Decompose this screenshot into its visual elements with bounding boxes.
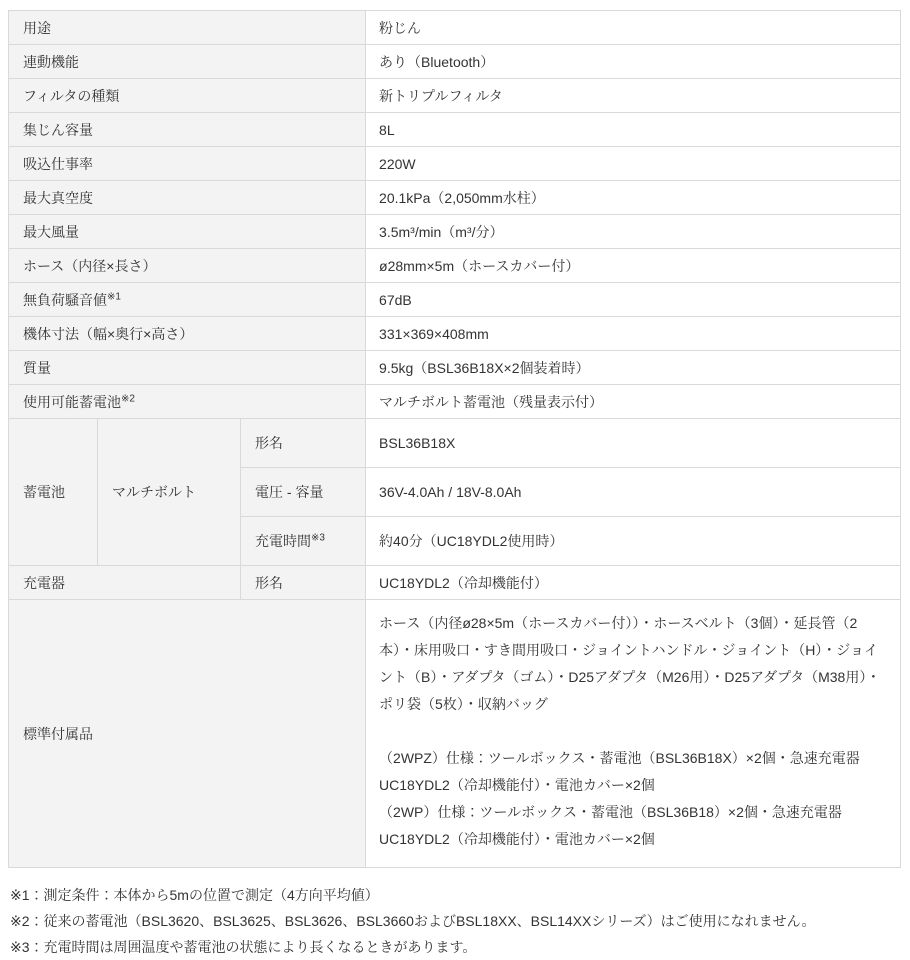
spec-row-weight: 質量 9.5kg（BSL36B18X×2個装着時）: [9, 351, 901, 385]
spec-value: 220W: [366, 147, 901, 181]
product-spec-table: 用途 粉じん 連動機能 あり（Bluetooth） フィルタの種類 新トリプルフ…: [8, 10, 901, 868]
spec-row-max-vacuum: 最大真空度 20.1kPa（2,050mm水柱）: [9, 181, 901, 215]
accessories-value: ホース（内径ø28×5m（ホースカバー付））・ホースベルト（3個）・延長管（2本…: [366, 600, 901, 868]
footnote-3: ※3：充電時間は周囲温度や蓄電池の状態により長くなるときがあります。: [10, 934, 910, 960]
spec-value: 20.1kPa（2,050mm水柱）: [366, 181, 901, 215]
footnote-ref: ※3: [311, 532, 325, 543]
spec-label: ホース（内径×長さ）: [9, 249, 366, 283]
spec-row-use: 用途 粉じん: [9, 11, 901, 45]
accessories-label: 標準付属品: [9, 600, 366, 868]
spec-label-text: 使用可能蓄電池: [23, 394, 121, 410]
spec-value: 新トリプルフィルタ: [366, 79, 901, 113]
spec-row-max-airflow: 最大風量 3.5m³/min（m³/分）: [9, 215, 901, 249]
spec-sub-label: 充電時間※3: [241, 517, 366, 566]
spec-value: BSL36B18X: [366, 419, 901, 468]
charger-group-label: 充電器: [9, 566, 241, 600]
footnote-1: ※1：測定条件：本体から5mの位置で測定（4方向平均値）: [10, 882, 910, 908]
spec-row-charger: 充電器 形名 UC18YDL2（冷却機能付）: [9, 566, 901, 600]
spec-label: 用途: [9, 11, 366, 45]
accessories-paragraph: （2WP）仕様：ツールボックス・蓄電池（BSL36B18）×2個・急速充電器UC…: [379, 799, 888, 853]
spec-value: UC18YDL2（冷却機能付）: [366, 566, 901, 600]
spec-value: 331×369×408mm: [366, 317, 901, 351]
spec-label-text: 形名: [255, 435, 283, 451]
footnote-ref: ※1: [107, 291, 121, 302]
spec-label: 集じん容量: [9, 113, 366, 147]
spec-label-text: 機体寸法（幅×奥行×高さ）: [23, 326, 193, 342]
spec-label: 機体寸法（幅×奥行×高さ）: [9, 317, 366, 351]
spec-sub-label: 電圧 - 容量: [241, 468, 366, 517]
spec-label: 無負荷騒音値※1: [9, 283, 366, 317]
spec-row-hose: ホース（内径×長さ） ø28mm×5m（ホースカバー付）: [9, 249, 901, 283]
spec-label-text: ホース（内径×長さ）: [23, 258, 156, 274]
spec-label: 最大真空度: [9, 181, 366, 215]
battery-type-label: マルチボルト: [98, 419, 241, 566]
spec-label: 最大風量: [9, 215, 366, 249]
spec-row-battery-model: 蓄電池 マルチボルト 形名 BSL36B18X: [9, 419, 901, 468]
spec-row-usable-battery: 使用可能蓄電池※2 マルチボルト蓄電池（残量表示付）: [9, 385, 901, 419]
spec-label-text: フィルタの種類: [23, 88, 119, 104]
battery-group-label: 蓄電池: [9, 419, 98, 566]
spec-label-text: 質量: [23, 360, 51, 376]
spec-value: 粉じん: [366, 11, 901, 45]
spec-sub-label: 形名: [241, 566, 366, 600]
spec-value: 3.5m³/min（m³/分）: [366, 215, 901, 249]
spec-row-capacity: 集じん容量 8L: [9, 113, 901, 147]
accessories-paragraph: ホース（内径ø28×5m（ホースカバー付））・ホースベルト（3個）・延長管（2本…: [379, 610, 888, 718]
spec-label-text: 吸込仕事率: [23, 156, 93, 172]
footnote-ref: ※2: [121, 393, 135, 404]
spec-label: 質量: [9, 351, 366, 385]
spec-row-noise: 無負荷騒音値※1 67dB: [9, 283, 901, 317]
footnotes: ※1：測定条件：本体から5mの位置で測定（4方向平均値） ※2：従来の蓄電池（B…: [10, 882, 910, 960]
spec-label: 連動機能: [9, 45, 366, 79]
spec-label-text: 無負荷騒音値: [23, 292, 107, 308]
spec-value: 9.5kg（BSL36B18X×2個装着時）: [366, 351, 901, 385]
spec-label: 使用可能蓄電池※2: [9, 385, 366, 419]
spec-row-accessories: 標準付属品 ホース（内径ø28×5m（ホースカバー付））・ホースベルト（3個）・…: [9, 600, 901, 868]
spec-row-dimensions: 機体寸法（幅×奥行×高さ） 331×369×408mm: [9, 317, 901, 351]
accessories-paragraph: （2WPZ）仕様：ツールボックス・蓄電池（BSL36B18X）×2個・急速充電器…: [379, 745, 888, 799]
spec-value: 約40分（UC18YDL2使用時）: [366, 517, 901, 566]
footnote-2: ※2：従来の蓄電池（BSL3620、BSL3625、BSL3626、BSL366…: [10, 908, 910, 934]
spec-row-suction-power: 吸込仕事率 220W: [9, 147, 901, 181]
spec-label-text: 用途: [23, 20, 51, 36]
spec-value: あり（Bluetooth）: [366, 45, 901, 79]
spec-label: 吸込仕事率: [9, 147, 366, 181]
spec-value: マルチボルト蓄電池（残量表示付）: [366, 385, 901, 419]
spec-value: 8L: [366, 113, 901, 147]
spec-value: 36V-4.0Ah / 18V-8.0Ah: [366, 468, 901, 517]
spec-label-text: 電圧 - 容量: [255, 484, 323, 500]
spec-row-filter-type: フィルタの種類 新トリプルフィルタ: [9, 79, 901, 113]
spec-value: 67dB: [366, 283, 901, 317]
spec-row-interlock: 連動機能 あり（Bluetooth）: [9, 45, 901, 79]
spec-label-text: 充電時間: [255, 533, 311, 549]
spec-sub-label: 形名: [241, 419, 366, 468]
spec-label-text: 集じん容量: [23, 122, 93, 138]
spec-label-text: 最大真空度: [23, 190, 93, 206]
spec-label: フィルタの種類: [9, 79, 366, 113]
spec-value: ø28mm×5m（ホースカバー付）: [366, 249, 901, 283]
spec-label-text: 連動機能: [23, 54, 79, 70]
spec-label-text: 最大風量: [23, 224, 79, 240]
